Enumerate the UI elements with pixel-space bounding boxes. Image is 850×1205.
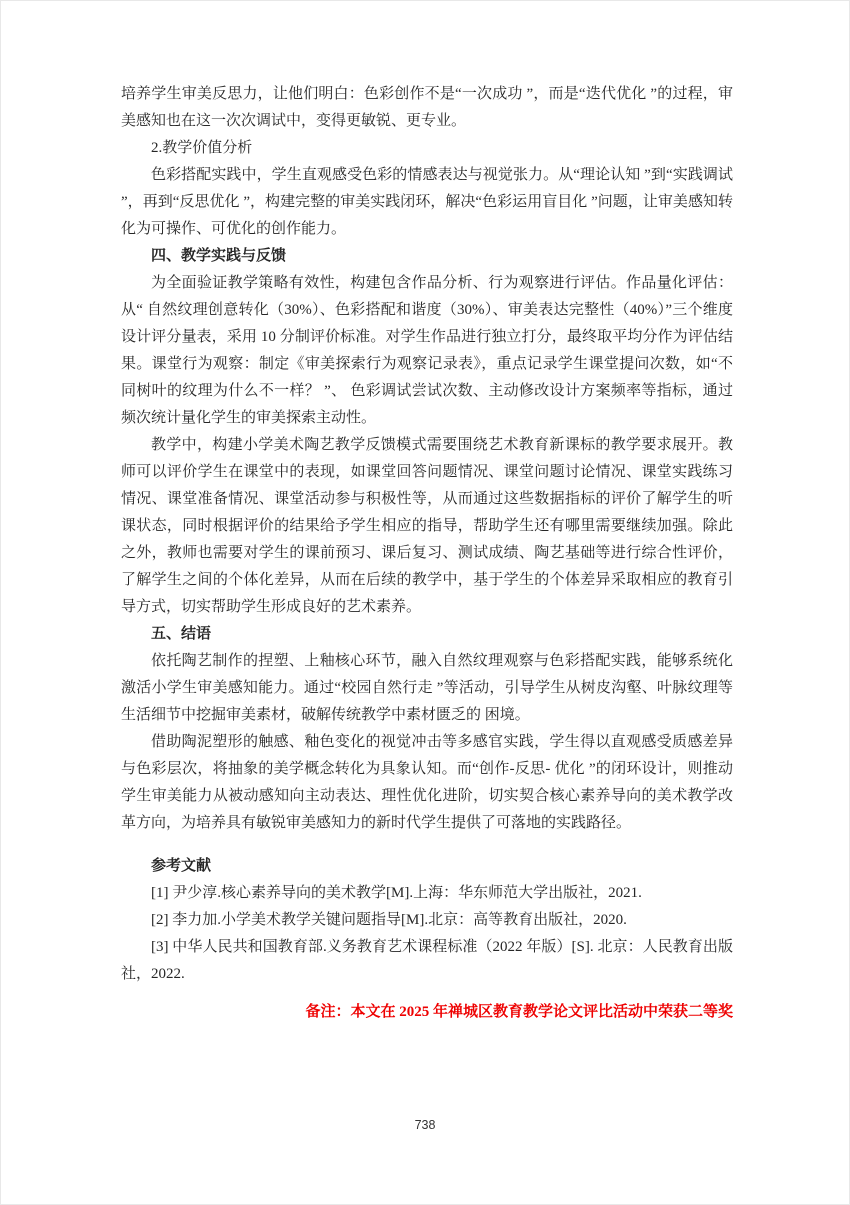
subsection-heading-2: 2.教学价值分析 (121, 135, 733, 162)
document-body: 培养学生审美反思力，让他们明白：色彩创作不是“一次成功 ”，而是“迭代优化 ”的… (121, 81, 733, 1026)
body-paragraph: 依托陶艺制作的捏塑、上釉核心环节，融入自然纹理观察与色彩搭配实践，能够系统化激活… (121, 648, 733, 729)
body-paragraph: 色彩搭配实践中，学生直观感受色彩的情感表达与视觉张力。从“理论认知 ”到“实践调… (121, 162, 733, 243)
section-heading-4: 四、教学实践与反馈 (121, 243, 733, 270)
reference-item: [2] 李力加.小学美术教学关键问题指导[M].北京：高等教育出版社，2020. (121, 907, 733, 934)
body-paragraph: 借助陶泥塑形的触感、釉色变化的视觉冲击等多感官实践，学生得以直观感受质感差异与色… (121, 729, 733, 837)
reference-item: [1] 尹少淳.核心素养导向的美术教学[M].上海：华东师范大学出版社，2021… (121, 880, 733, 907)
section-heading-5: 五、结语 (121, 621, 733, 648)
document-page: 培养学生审美反思力，让他们明白：色彩创作不是“一次成功 ”，而是“迭代优化 ”的… (0, 0, 850, 1205)
reference-item: [3] 中华人民共和国教育部.义务教育艺术课程标准（2022 年版）[S]. 北… (121, 934, 733, 988)
award-note: 备注：本文在 2025 年禅城区教育教学论文评比活动中荣获二等奖 (121, 999, 733, 1026)
page-number: 738 (1, 1118, 849, 1132)
body-paragraph: 为全面验证教学策略有效性，构建包含作品分析、行为观察进行评估。作品量化评估：从“… (121, 270, 733, 432)
body-paragraph: 教学中，构建小学美术陶艺教学反馈模式需要围绕艺术教育新课标的教学要求展开。教师可… (121, 432, 733, 621)
body-paragraph-continuation: 培养学生审美反思力，让他们明白：色彩创作不是“一次成功 ”，而是“迭代优化 ”的… (121, 81, 733, 135)
references-heading: 参考文献 (121, 853, 733, 880)
